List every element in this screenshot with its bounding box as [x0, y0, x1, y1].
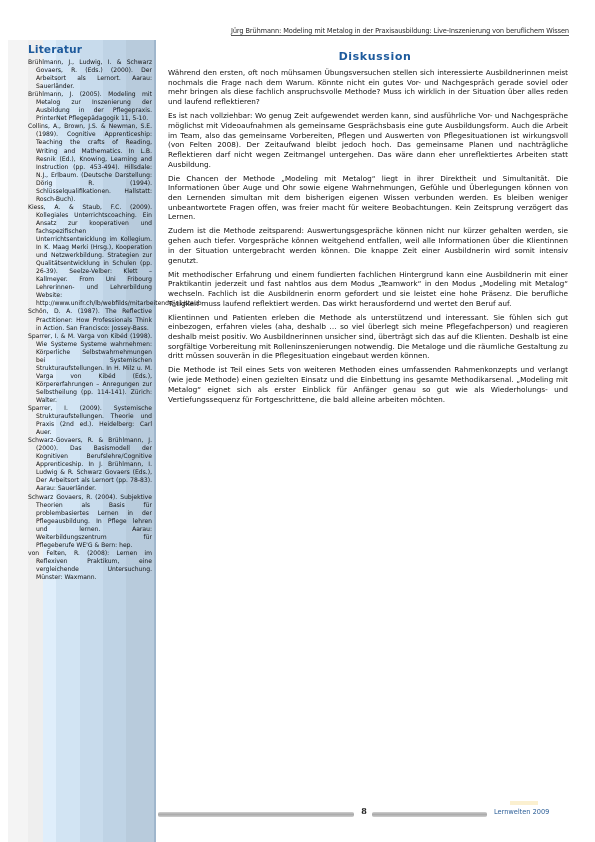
reference-item: Schwarz Govaers, R. (2004). Subjektive T…	[28, 494, 152, 550]
journal-name: Lernwelten 2009	[494, 808, 549, 816]
reference-item: Sparrer, I. (2009). Systemische Struktur…	[28, 405, 152, 437]
footer-rule-right	[372, 812, 487, 817]
paragraph: Zudem ist die Methode zeitsparend: Auswe…	[168, 226, 568, 265]
paragraph: Die Chancen der Methode „Modeling mit Me…	[168, 174, 568, 223]
running-head: Jürg Brühmann: Modeling mit Metalog in d…	[231, 27, 569, 36]
reference-item: Sparrer, I. & M. Varga von Kibéd (1998).…	[28, 333, 152, 405]
page-number: 8	[356, 806, 372, 816]
paragraph: Während den ersten, oft noch mühsamen Üb…	[168, 68, 568, 107]
reference-list: Brühlmann, J., Ludwig, I. & Schwarz Gova…	[28, 59, 152, 582]
paragraph: Es ist nach vollziehbar: Wo genug Zeit a…	[168, 111, 568, 169]
paragraph: Mit methodischer Erfahrung und einem fun…	[168, 270, 568, 309]
footer-rule-left	[158, 812, 354, 817]
journal-accent-mark	[510, 801, 538, 805]
paragraph: Klientinnen und Patienten erleben die Me…	[168, 313, 568, 362]
reference-item: Schön, D. A. (1987). The Reflective Prac…	[28, 308, 152, 332]
reference-item: Kiess, A. & Staub, F.C. (2009). Kollegia…	[28, 204, 152, 309]
paragraph: Die Methode ist Teil eines Sets von weit…	[168, 365, 568, 404]
reference-item: Brühlmann, J. (2005). Modeling mit Metal…	[28, 91, 152, 123]
reference-item: Schwarz-Govaers, R. & Brühlmann, J. (200…	[28, 437, 152, 493]
reference-item: von Felten, R. (2008): Lernen im Reflexi…	[28, 550, 152, 582]
reference-item: Collins, A., Brown, J.S. & Newman, S.E. …	[28, 123, 152, 203]
reference-item: Brühlmann, J., Ludwig, I. & Schwarz Gova…	[28, 59, 152, 91]
section-title: Diskussion	[165, 50, 585, 63]
body-text: Während den ersten, oft noch mühsamen Üb…	[168, 68, 568, 409]
sidebar-title: Literatur	[28, 44, 82, 56]
